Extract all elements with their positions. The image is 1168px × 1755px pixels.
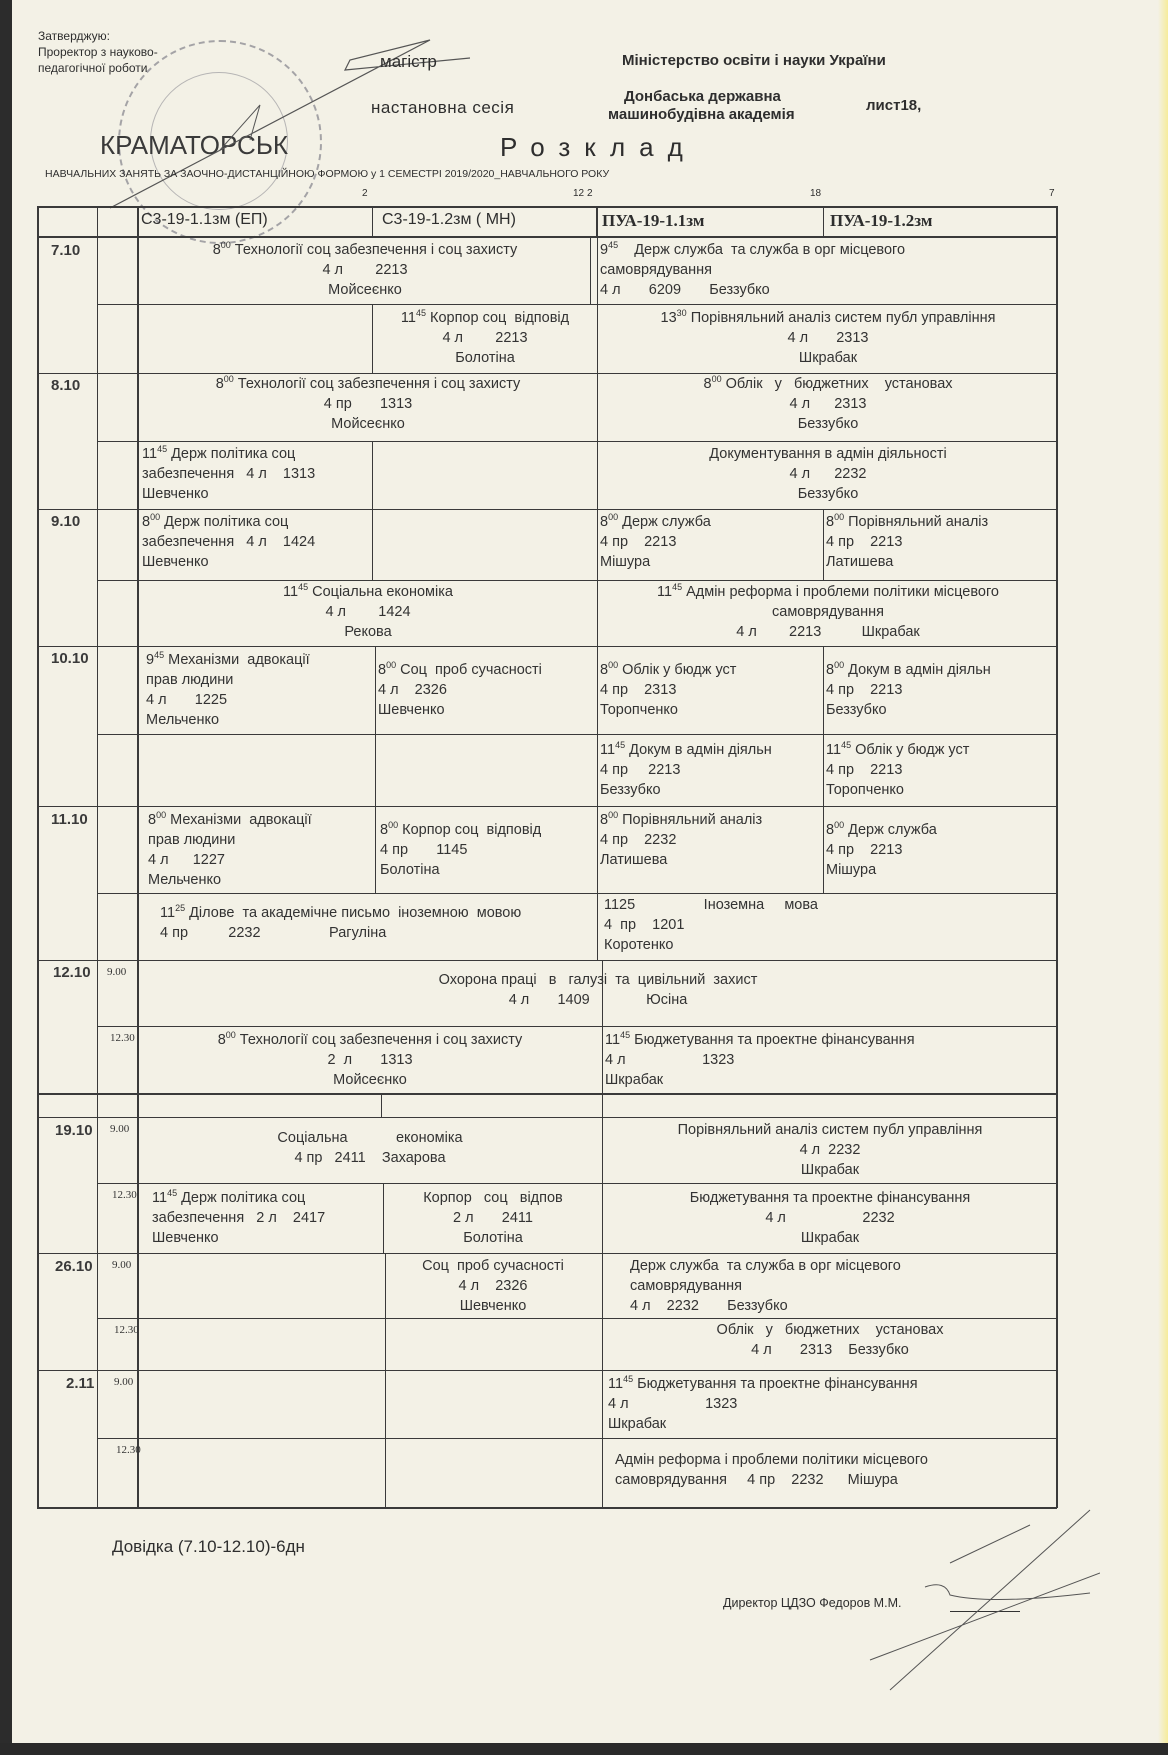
date-label: 12.10 xyxy=(53,964,91,981)
schedule-cell: 800 Корпор соц відповід4 пр 1145Болотіна xyxy=(380,820,594,880)
lesson-subject: 800 Технології соц забезпечення і соц за… xyxy=(140,374,596,394)
schedule-cell: 1145 Докум в адмін діяльн4 пр 2213Беззуб… xyxy=(600,740,822,800)
lesson-start-time: 1145 xyxy=(401,310,426,326)
schedule-cell: Охорона праці в галузі та цивільний захи… xyxy=(140,970,1056,1010)
lesson-detail: 4 пр 2313 xyxy=(600,680,822,700)
schedule-cell: 800 Технології соц забезпечення і соц за… xyxy=(140,240,590,300)
lesson-detail: 4 л 1225 xyxy=(146,690,370,710)
schedule-cell: 1145 Бюджетування та проектне фінансуван… xyxy=(605,1030,1055,1090)
lesson-detail: Шевченко xyxy=(386,1296,600,1316)
lesson-subject: 1145 Держ політика соц xyxy=(142,444,370,464)
lesson-detail: 4 пр 1145 xyxy=(380,840,594,860)
lesson-detail: самоврядування xyxy=(600,260,1056,280)
footer-note: Довідка (7.10-12.10)-6дн xyxy=(112,1537,305,1557)
schedule-cell: 800 Технології соц забезпечення і соц за… xyxy=(140,1030,600,1090)
lesson-start-time: 800 xyxy=(142,514,160,530)
lesson-subject: 800 Порівняльний аналіз xyxy=(826,512,1054,532)
schedule-cell: 1145 Держ політика соцзабезпечення 2 л 2… xyxy=(152,1188,382,1248)
lesson-detail: Беззубко xyxy=(600,484,1056,504)
date-label: 19.10 xyxy=(55,1122,93,1139)
lesson-detail: Торопченко xyxy=(826,780,1054,800)
lesson-subject: 800 Корпор соц відповід xyxy=(380,820,594,840)
schedule-cell: Соціальна економіка4 пр 2411 Захарова xyxy=(140,1128,600,1168)
lesson-detail: Мойсеєнко xyxy=(140,1070,600,1090)
lesson-detail: Мішура xyxy=(600,552,822,572)
lesson-subject: 1145 Бюджетування та проектне фінансуван… xyxy=(605,1030,1055,1050)
lesson-subject: Охорона праці в галузі та цивільний захи… xyxy=(140,970,1056,990)
lesson-start-time: 945 xyxy=(600,242,618,258)
lesson-start-time: 800 xyxy=(703,376,721,392)
schedule-cell: 1125 Іноземна мова4 пр 1201Коротенко xyxy=(604,895,1054,955)
lesson-start-time: 800 xyxy=(600,662,618,678)
schedule-cell: Адмін реформа і проблеми політики місцев… xyxy=(615,1450,1055,1490)
lesson-subject: 1145 Докум в адмін діяльн xyxy=(600,740,822,760)
lesson-detail: 4 пр 2213 xyxy=(826,840,1054,860)
time-slot: 12.30 xyxy=(112,1189,137,1201)
schedule-cell: 800 Держ політика соцзабезпечення 4 л 14… xyxy=(142,512,370,572)
schedule-cell: 1145 Соціальна економіка4 л 1424Рекова xyxy=(140,582,596,642)
schedule-cell: 800 Соц проб сучасності4 л 2326Шевченко xyxy=(378,660,594,720)
schedule-cell: 800 Технології соц забезпечення і соц за… xyxy=(140,374,596,434)
lesson-detail: 2 л 1313 xyxy=(140,1050,600,1070)
lesson-start-time: 1145 xyxy=(152,1190,177,1206)
lesson-detail: прав людини xyxy=(146,670,370,690)
lesson-start-time: 800 xyxy=(148,812,166,828)
lesson-subject: 945 Механізми адвокації xyxy=(146,650,370,670)
group-header-sz-2: С3-19-1.2зм ( МН) xyxy=(382,211,516,229)
lesson-start-time: 800 xyxy=(600,812,618,828)
lesson-detail: Болотіна xyxy=(374,348,596,368)
lesson-start-time: 800 xyxy=(826,662,844,678)
lesson-detail: Латишева xyxy=(600,850,822,870)
lesson-detail: 4 л 2313 Беззубко xyxy=(605,1340,1055,1360)
lesson-subject: Адмін реформа і проблеми політики місцев… xyxy=(615,1450,1055,1470)
date-label: 11.10 xyxy=(51,811,88,828)
lesson-subject: 1145 Держ політика соц xyxy=(152,1188,382,1208)
lesson-detail: 4 л 2326 xyxy=(378,680,594,700)
lesson-detail: Коротенко xyxy=(604,935,1054,955)
lesson-detail: Шкрабак xyxy=(608,1414,1056,1434)
lesson-detail: Мельченко xyxy=(146,710,370,730)
lesson-detail: Беззубко xyxy=(600,414,1056,434)
lesson-detail: Шевченко xyxy=(152,1228,382,1248)
schedule-cell: 1145 Корпор соц відповід4 л 2213Болотіна xyxy=(374,308,596,368)
lesson-start-time: 800 xyxy=(826,822,844,838)
lesson-detail: 4 л 2326 xyxy=(386,1276,600,1296)
lesson-start-time: 800 xyxy=(216,376,234,392)
lesson-start-time: 1145 xyxy=(600,742,625,758)
lesson-detail: 4 пр 1201 xyxy=(604,915,1054,935)
time-slot: 12.30 xyxy=(116,1444,141,1456)
schedule-cell: 1145 Держ політика соцзабезпечення 4 л 1… xyxy=(142,444,370,504)
schedule-cell: 1145 Адмін реформа і проблеми політики м… xyxy=(600,582,1056,642)
lesson-subject: 800 Соц проб сучасності xyxy=(378,660,594,680)
schedule-cell: Держ служба та служба в орг місцевогосам… xyxy=(630,1256,1050,1316)
lesson-detail: Мойсеєнко xyxy=(140,280,590,300)
schedule-cell: Бюджетування та проектне фінансування4 л… xyxy=(605,1188,1055,1248)
schedule-cell: 945 Держ служба та служба в орг місцевог… xyxy=(600,240,1056,300)
date-label: 2.11 xyxy=(66,1375,94,1392)
schedule-cell: 800 Держ служба4 пр 2213Мішура xyxy=(826,820,1054,880)
group-header-sz-1: С3-19-1.1зм (ЕП) xyxy=(141,211,268,229)
lesson-subject: 800 Облік у бюдж уст xyxy=(600,660,822,680)
lesson-detail: 4 л 2232 Беззубко xyxy=(630,1296,1050,1316)
lesson-subject: 1125 Ділове та академічне письмо іноземн… xyxy=(160,903,600,923)
lesson-detail: Мішура xyxy=(826,860,1054,880)
schedule-cell: 800 Порівняльний аналіз4 пр 2213Латишева xyxy=(826,512,1054,572)
time-slot: 9.00 xyxy=(112,1259,131,1271)
lesson-detail: Шкрабак xyxy=(605,1070,1055,1090)
schedule-cell: 800 Порівняльний аналіз4 пр 2232Латишева xyxy=(600,810,822,870)
time-slot: 12.30 xyxy=(114,1324,139,1336)
lesson-subject: Держ служба та служба в орг місцевого xyxy=(630,1256,1050,1276)
lesson-subject: 800 Порівняльний аналіз xyxy=(600,810,822,830)
date-label: 9.10 xyxy=(51,513,80,530)
lesson-subject: 800 Держ служба xyxy=(600,512,822,532)
lesson-start-time: 1145 xyxy=(283,584,308,600)
lesson-detail: Шевченко xyxy=(142,484,370,504)
lesson-subject: 1125 Іноземна мова xyxy=(604,895,1054,915)
lesson-detail: 4 л 2313 xyxy=(600,328,1056,348)
lesson-detail: Шкрабак xyxy=(605,1160,1055,1180)
lesson-detail: 4 л 2313 xyxy=(600,394,1056,414)
lesson-detail: Торопченко xyxy=(600,700,822,720)
lesson-subject: 945 Держ служба та служба в орг місцевог… xyxy=(600,240,1056,260)
lesson-subject: 1145 Облік у бюдж уст xyxy=(826,740,1054,760)
lesson-detail: Мойсеєнко xyxy=(140,414,596,434)
lesson-detail: забезпечення 4 л 1424 xyxy=(142,532,370,552)
date-label: 7.10 xyxy=(51,242,80,259)
lesson-detail: самоврядування xyxy=(630,1276,1050,1296)
lesson-detail: 4 л 1323 xyxy=(608,1394,1056,1414)
schedule-cell: 800 Докум в адмін діяльн4 пр 2213Беззубк… xyxy=(826,660,1054,720)
lesson-detail: Болотіна xyxy=(380,860,594,880)
lesson-start-time: 800 xyxy=(378,662,396,678)
schedule-cell: Порівняльний аналіз систем публ управлін… xyxy=(605,1120,1055,1180)
schedule-cell: Корпор соц відпов2 л 2411Болотіна xyxy=(386,1188,600,1248)
lesson-start-time: 1125 xyxy=(160,905,185,921)
lesson-detail: 4 пр 2213 xyxy=(600,760,822,780)
lesson-start-time: 1145 xyxy=(605,1032,630,1048)
lesson-start-time: 800 xyxy=(380,822,398,838)
schedule-cell: 800 Держ служба4 пр 2213Мішура xyxy=(600,512,822,572)
time-slot: 9.00 xyxy=(110,1123,129,1135)
lesson-detail: Мельченко xyxy=(148,870,370,890)
lesson-detail: 4 пр 2213 xyxy=(826,532,1054,552)
time-slot: 9.00 xyxy=(107,966,126,978)
lesson-detail: 4 л 2213 xyxy=(374,328,596,348)
lesson-detail: 4 пр 2232 xyxy=(600,830,822,850)
lesson-start-time: 800 xyxy=(600,514,618,530)
lesson-detail: 4 л 2213 xyxy=(140,260,590,280)
lesson-detail: 4 пр 2213 xyxy=(826,680,1054,700)
schedule-cell: 800 Облік у бюджетних установах4 л 2313Б… xyxy=(600,374,1056,434)
time-slot: 9.00 xyxy=(114,1376,133,1388)
lesson-detail: Беззубко xyxy=(826,700,1054,720)
lesson-detail: Шкрабак xyxy=(605,1228,1055,1248)
lesson-subject: 800 Докум в адмін діяльн xyxy=(826,660,1054,680)
lesson-detail: 4 пр 2232 Рагуліна xyxy=(160,923,600,943)
lesson-subject: Соц проб сучасності xyxy=(386,1256,600,1276)
lesson-subject: 800 Технології соц забезпечення і соц за… xyxy=(140,240,590,260)
lesson-subject: Корпор соц відпов xyxy=(386,1188,600,1208)
group-header-pua-1: ПУА-19-1.1зм xyxy=(602,211,704,231)
lesson-subject: Соціальна економіка xyxy=(140,1128,600,1148)
schedule-cell: 800 Облік у бюдж уст4 пр 2313Торопченко xyxy=(600,660,822,720)
lesson-subject: Бюджетування та проектне фінансування xyxy=(605,1188,1055,1208)
date-label: 10.10 xyxy=(51,650,89,667)
schedule-cell: 1145 Облік у бюдж уст4 пр 2213Торопченко xyxy=(826,740,1054,800)
lesson-start-time: 945 xyxy=(146,652,164,668)
lesson-detail: 4 пр 2411 Захарова xyxy=(140,1148,600,1168)
lesson-detail: Болотіна xyxy=(386,1228,600,1248)
lesson-start-time: 1145 xyxy=(826,742,851,758)
group-header-pua-2: ПУА-19-1.2зм xyxy=(830,211,932,231)
lesson-detail: забезпечення 4 л 1313 xyxy=(142,464,370,484)
lesson-detail: забезпечення 2 л 2417 xyxy=(152,1208,382,1228)
lesson-detail: Шевченко xyxy=(378,700,594,720)
lesson-detail: 4 л 2232 xyxy=(605,1140,1055,1160)
lesson-detail: 4 л 2213 Шкрабак xyxy=(600,622,1056,642)
lesson-subject: 1145 Адмін реформа і проблеми політики м… xyxy=(600,582,1056,602)
lesson-subject: 1145 Соціальна економіка xyxy=(140,582,596,602)
lesson-subject: 1330 Порівняльний аналіз систем публ упр… xyxy=(600,308,1056,328)
schedule-cell: Соц проб сучасності4 л 2326Шевченко xyxy=(386,1256,600,1316)
lesson-detail: 4 пр 2213 xyxy=(826,760,1054,780)
lesson-detail: Латишева xyxy=(826,552,1054,572)
lesson-subject: 800 Держ політика соц xyxy=(142,512,370,532)
lesson-start-time: 800 xyxy=(218,1032,236,1048)
lesson-subject: Документування в адмін діяльності xyxy=(600,444,1056,464)
lesson-detail: Беззубко xyxy=(600,780,822,800)
lesson-detail: Шкрабак xyxy=(600,348,1056,368)
schedule-cell: Облік у бюджетних установах4 л 2313 Безз… xyxy=(605,1320,1055,1360)
lesson-subject: Порівняльний аналіз систем публ управлін… xyxy=(605,1120,1055,1140)
lesson-detail: самоврядування xyxy=(600,602,1056,622)
lesson-detail: 4 л 2232 xyxy=(600,464,1056,484)
lesson-start-time: 800 xyxy=(826,514,844,530)
lesson-start-time: 1145 xyxy=(142,446,167,462)
lesson-start-time: 1145 xyxy=(608,1376,633,1392)
schedule-cell: 945 Механізми адвокаціїправ людини4 л 12… xyxy=(146,650,370,730)
date-label: 26.10 xyxy=(55,1258,93,1275)
schedule-cell: 1145 Бюджетування та проектне фінансуван… xyxy=(608,1374,1056,1434)
lesson-subject: 800 Держ служба xyxy=(826,820,1054,840)
lesson-subject: 1145 Бюджетування та проектне фінансуван… xyxy=(608,1374,1056,1394)
schedule-cell: 1330 Порівняльний аналіз систем публ упр… xyxy=(600,308,1056,368)
lesson-detail: прав людини xyxy=(148,830,370,850)
lesson-start-time: 1330 xyxy=(661,310,687,326)
lesson-subject: Облік у бюджетних установах xyxy=(605,1320,1055,1340)
lesson-detail: Рекова xyxy=(140,622,596,642)
lesson-detail: 4 л 2232 xyxy=(605,1208,1055,1228)
lesson-subject: 800 Технології соц забезпечення і соц за… xyxy=(140,1030,600,1050)
time-slot: 12.30 xyxy=(110,1032,135,1044)
schedule-cell: 800 Механізми адвокаціїправ людини4 л 12… xyxy=(148,810,370,890)
lesson-detail: 4 пр 1313 xyxy=(140,394,596,414)
lesson-detail: 4 л 1409 Юсіна xyxy=(140,990,1056,1010)
lesson-subject: 1145 Корпор соц відповід xyxy=(374,308,596,328)
lesson-detail: 4 пр 2213 xyxy=(600,532,822,552)
lesson-detail: 2 л 2411 xyxy=(386,1208,600,1228)
lesson-detail: Шевченко xyxy=(142,552,370,572)
director-signature-icon xyxy=(850,1505,1100,1705)
lesson-detail: 4 л 6209 Беззубко xyxy=(600,280,1056,300)
lesson-subject: 800 Механізми адвокації xyxy=(148,810,370,830)
lesson-detail: 4 л 1227 xyxy=(148,850,370,870)
lesson-detail: 4 л 1424 xyxy=(140,602,596,622)
lesson-start-time: 800 xyxy=(213,242,231,258)
schedule-cell: 1125 Ділове та академічне письмо іноземн… xyxy=(160,903,600,943)
lesson-detail: самоврядування 4 пр 2232 Мішура xyxy=(615,1470,1055,1490)
date-label: 8.10 xyxy=(51,377,80,394)
lesson-detail: 4 л 1323 xyxy=(605,1050,1055,1070)
schedule-cell: Документування в адмін діяльності4 л 223… xyxy=(600,444,1056,504)
lesson-subject: 800 Облік у бюджетних установах xyxy=(600,374,1056,394)
lesson-start-time: 1145 xyxy=(657,584,682,600)
